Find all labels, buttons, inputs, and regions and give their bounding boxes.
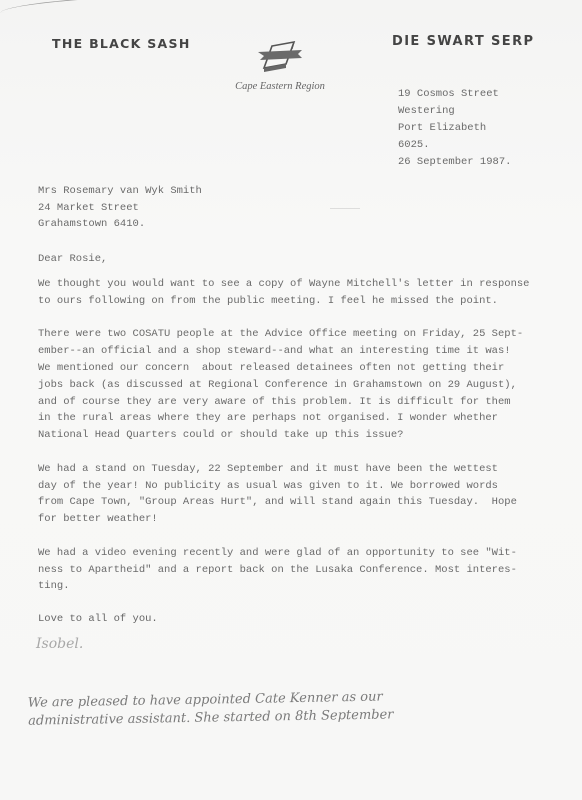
- body-line: We thought you would want to see a copy …: [38, 276, 558, 293]
- recipient-street: 24 Market Street: [38, 200, 202, 217]
- paragraph: We had a stand on Tuesday, 22 September …: [38, 461, 558, 528]
- closing: Love to all of you.: [38, 613, 158, 625]
- recipient-name: Mrs Rosemary van Wyk Smith: [38, 183, 202, 200]
- body-line: We had a video evening recently and were…: [38, 545, 558, 562]
- body-line: ting.: [38, 578, 558, 595]
- body-line: in the rural areas where they are perhap…: [38, 410, 558, 427]
- body-line: National Head Quarters could or should t…: [38, 427, 558, 444]
- sender-address-line: 19 Cosmos Street: [398, 86, 511, 103]
- body-line: We mentioned our concern about released …: [38, 360, 558, 377]
- body-line: ember--an official and a shop steward--a…: [38, 343, 558, 360]
- paragraph: There were two COSATU people at the Advi…: [38, 326, 558, 444]
- signature: Isobel.: [36, 636, 83, 652]
- paragraph: We thought you would want to see a copy …: [38, 276, 558, 310]
- body-line: ness to Apartheid" and a report back on …: [38, 562, 558, 579]
- faint-stamp-mark: [330, 208, 360, 221]
- body-line: There were two COSATU people at the Advi…: [38, 326, 558, 343]
- letter-date: 26 September 1987.: [398, 154, 511, 171]
- sender-address: 19 Cosmos Street Westering Port Elizabet…: [398, 86, 511, 171]
- sender-address-line: 6025.: [398, 137, 511, 154]
- recipient-city: Grahamstown 6410.: [38, 216, 202, 233]
- recipient-address: Mrs Rosemary van Wyk Smith 24 Market Str…: [38, 183, 202, 233]
- region-label: Cape Eastern Region: [214, 81, 346, 92]
- sash-emblem-icon: [256, 40, 306, 76]
- body-line: We had a stand on Tuesday, 22 September …: [38, 461, 558, 478]
- paper-fold-mark: [0, 0, 160, 13]
- body-line: for better weather!: [38, 511, 558, 528]
- letter-body: We thought you would want to see a copy …: [38, 276, 558, 612]
- sender-address-line: Port Elizabeth: [398, 120, 511, 137]
- body-line: from Cape Town, "Group Areas Hurt", and …: [38, 494, 558, 511]
- salutation: Dear Rosie,: [38, 253, 107, 265]
- sender-address-line: Westering: [398, 103, 511, 120]
- body-line: day of the year! No publicity as usual w…: [38, 478, 558, 495]
- body-line: jobs back (as discussed at Regional Conf…: [38, 377, 558, 394]
- body-line: and of course they are very aware of thi…: [38, 394, 558, 411]
- paragraph: We had a video evening recently and were…: [38, 545, 558, 595]
- org-name-english: THE BLACK SASH: [52, 36, 191, 51]
- handwritten-note: We are pleased to have appointed Cate Ke…: [28, 685, 569, 730]
- org-name-afrikaans: DIE SWART SERP: [392, 34, 534, 49]
- letter-page: THE BLACK SASH Cape Eastern Region DIE S…: [0, 0, 582, 800]
- body-line: to ours following on from the public mee…: [38, 293, 558, 310]
